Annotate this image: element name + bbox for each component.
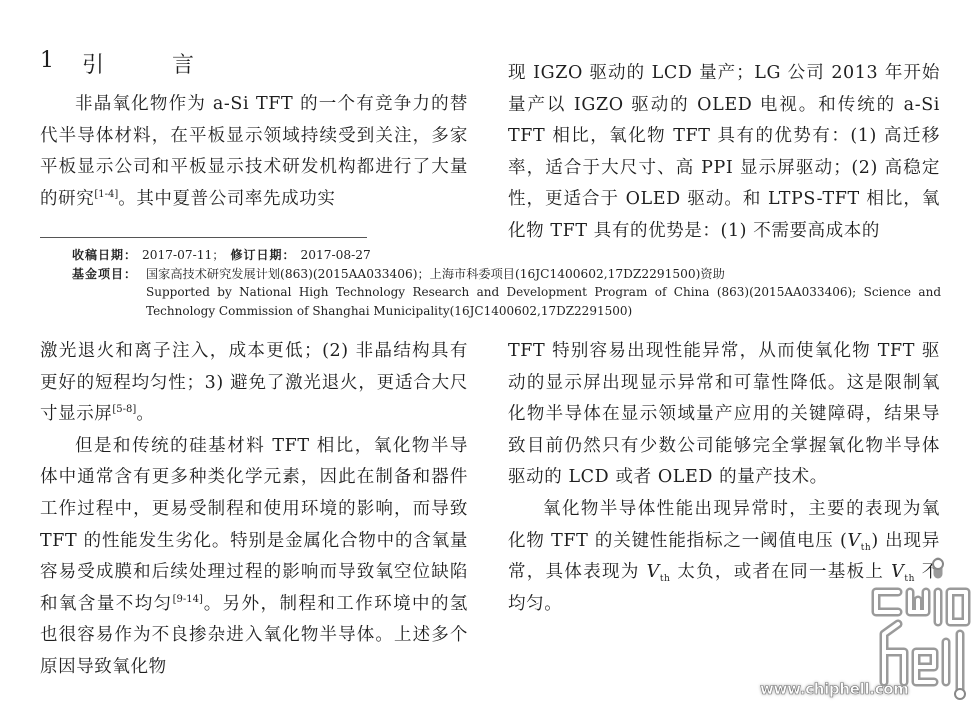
- fund-label: 基金项目：: [72, 265, 142, 284]
- right-column-top: 现 IGZO 驱动的 LCD 量产；LG 公司 2013 年开始量产以 IGZO…: [508, 58, 940, 248]
- citation-ref: [5-8]: [112, 404, 136, 415]
- revised-date-value: 2017-08-27: [300, 246, 370, 265]
- intro-paragraph-2-continued: TFT 特别容易出现性能异常，从而使氧化物 TFT 驱动的显示屏出现显示异常和可…: [508, 336, 940, 494]
- intro-paragraph-2: 但是和传统的硅基材料 TFT 相比，氧化物半导体中通常含有更多种类化学元素，因此…: [40, 431, 468, 684]
- intro-paragraph-1-continued: 现 IGZO 驱动的 LCD 量产；LG 公司 2013 年开始量产以 IGZO…: [508, 58, 940, 248]
- section-heading: 1 引 言: [40, 48, 194, 79]
- footnote: 收稿日期： 2017-07-11； 修订日期： 2017-08-27 基金项目：…: [72, 246, 942, 320]
- citation-ref: [1-4]: [94, 189, 118, 200]
- section-number: 1: [40, 48, 82, 79]
- left-column-bottom: 激光退火和离子注入，成本更低；(2) 非晶结构具有更好的短程均匀性；3) 避免了…: [40, 336, 468, 684]
- fund-value-en: Supported by National High Technology Re…: [72, 283, 941, 320]
- received-date-label: 收稿日期：: [72, 246, 142, 265]
- footnote-divider: [40, 237, 367, 238]
- vth-symbol: Vth: [847, 531, 871, 551]
- footnote-fund: 基金项目： 国家高技术研究发展计划(863)(2015AA033406)；上海市…: [72, 265, 942, 284]
- fund-value-cn: 国家高技术研究发展计划(863)(2015AA033406)；上海市科委项目(1…: [142, 265, 725, 284]
- citation-ref: [9-14]: [173, 594, 203, 605]
- chiphell-logo-icon: [868, 552, 978, 702]
- revised-date-label: 修订日期：: [230, 246, 300, 265]
- vth-symbol: Vth: [647, 562, 671, 582]
- section-title-char-1: 引: [82, 48, 172, 79]
- footnote-dates: 收稿日期： 2017-07-11； 修订日期： 2017-08-27: [72, 246, 942, 265]
- received-date-value: 2017-07-11；: [142, 246, 224, 265]
- section-title-char-2: 言: [172, 48, 194, 79]
- intro-paragraph-1: 非晶氧化物作为 a-Si TFT 的一个有竞争力的替代半导体材料，在平板显示领域…: [40, 89, 468, 215]
- intro-paragraph-1-end: 激光退火和离子注入，成本更低；(2) 非晶结构具有更好的短程均匀性；3) 避免了…: [40, 336, 468, 431]
- left-column-top: 非晶氧化物作为 a-Si TFT 的一个有竞争力的替代半导体材料，在平板显示领域…: [40, 89, 468, 215]
